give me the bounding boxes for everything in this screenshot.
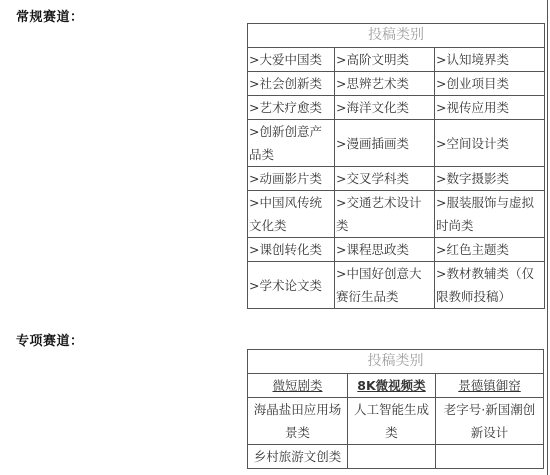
category-cell: >服装服饰与虚拟时尚类 xyxy=(435,191,545,238)
subheader-8k-video[interactable]: 8K微视频类 xyxy=(348,374,436,398)
category-cell: >数字摄影类 xyxy=(435,167,545,191)
category-cell: >高阶文明类 xyxy=(335,48,435,72)
table-row: >艺术疗愈类 >海洋文化类 >视传应用类 xyxy=(248,96,545,120)
category-cell: >学术论文类 xyxy=(248,262,335,309)
category-cell: >创业项目类 xyxy=(435,72,545,96)
category-cell: >交叉学科类 xyxy=(335,167,435,191)
section-title-regular: 常规赛道： xyxy=(16,6,84,25)
table-row: >课创转化类 >课程思政类 >红色主题类 xyxy=(248,238,545,262)
category-cell: 人工智能生成类 xyxy=(348,398,436,445)
category-cell: >视传应用类 xyxy=(435,96,545,120)
category-cell: >红色主题类 xyxy=(435,238,545,262)
category-cell: >中国好创意大赛衍生品类 xyxy=(335,262,435,309)
category-cell: >漫画插画类 xyxy=(335,120,435,167)
category-cell: >交通艺术设计类 xyxy=(335,191,435,238)
category-cell: >空间设计类 xyxy=(435,120,545,167)
table-row: >学术论文类 >中国好创意大赛衍生品类 >教材教辅类（仅限教师投稿） xyxy=(248,262,545,309)
subheader-micro-drama[interactable]: 微短剧类 xyxy=(248,374,348,398)
category-cell: >认知境界类 xyxy=(435,48,545,72)
table-header: 投稿类别 xyxy=(248,350,544,374)
subheader-jingdezhen-kiln[interactable]: 景德镇御窑 xyxy=(436,374,544,398)
category-cell: >大爱中国类 xyxy=(248,48,335,72)
table-row: >动画影片类 >交叉学科类 >数字摄影类 xyxy=(248,167,545,191)
category-cell: >海洋文化类 xyxy=(335,96,435,120)
subheader-row: 微短剧类 8K微视频类 景德镇御窑 xyxy=(248,374,544,398)
category-cell: >社会创新类 xyxy=(248,72,335,96)
table-header: 投稿类别 xyxy=(248,24,545,48)
category-cell: >中国风传统文化类 xyxy=(248,191,335,238)
category-cell: 乡村旅游文创类 xyxy=(248,445,348,469)
category-cell: >艺术疗愈类 xyxy=(248,96,335,120)
table-row: >大爱中国类 >高阶文明类 >认知境界类 xyxy=(248,48,545,72)
regular-category-table: 投稿类别 >大爱中国类 >高阶文明类 >认知境界类 >社会创新类 >思辨艺术类 … xyxy=(247,23,545,309)
table-row: 海晶盐田应用场景类 人工智能生成类 老字号·新国潮创新设计 xyxy=(248,398,544,445)
table-row: >社会创新类 >思辨艺术类 >创业项目类 xyxy=(248,72,545,96)
category-cell: 海晶盐田应用场景类 xyxy=(248,398,348,445)
category-cell xyxy=(348,445,436,469)
category-cell: >创新创意产品类 xyxy=(248,120,335,167)
section-title-special: 专项赛道： xyxy=(16,330,84,349)
table-row: >中国风传统文化类 >交通艺术设计类 >服装服饰与虚拟时尚类 xyxy=(248,191,545,238)
table-row: >创新创意产品类 >漫画插画类 >空间设计类 xyxy=(248,120,545,167)
category-cell: >思辨艺术类 xyxy=(335,72,435,96)
special-category-table: 投稿类别 微短剧类 8K微视频类 景德镇御窑 海晶盐田应用场景类 人工智能生成类… xyxy=(247,349,544,469)
category-cell xyxy=(436,445,544,469)
category-cell: >课创转化类 xyxy=(248,238,335,262)
category-cell: >动画影片类 xyxy=(248,167,335,191)
category-cell: >教材教辅类（仅限教师投稿） xyxy=(435,262,545,309)
table-row: 乡村旅游文创类 xyxy=(248,445,544,469)
category-cell: >课程思政类 xyxy=(335,238,435,262)
category-cell: 老字号·新国潮创新设计 xyxy=(436,398,544,445)
page-right-border xyxy=(547,0,548,475)
